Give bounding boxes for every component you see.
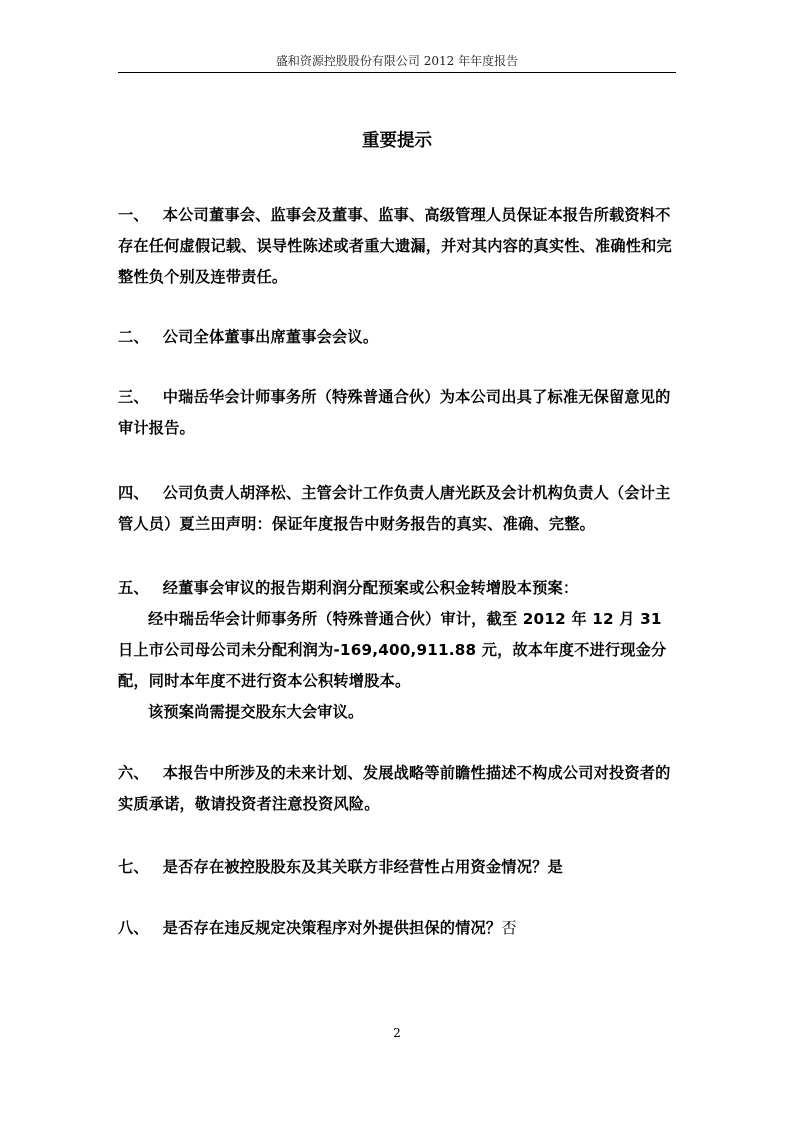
section-answer: 否 — [501, 919, 516, 937]
section-text: 公司负责人胡泽松、主管会计工作负责人唐光跃及会计机构负责人（会计主管人员）夏兰田… — [118, 484, 671, 533]
page-number: 2 — [370, 1026, 424, 1040]
section-text: 是否存在被控股股东及其关联方非经营性占用资金情况？ — [163, 858, 548, 876]
section-text: 本公司董事会、监事会及董事、监事、高级管理人员保证本报告所载资料不存在任何虚假记… — [118, 206, 672, 286]
section-7: 七、是否存在被控股股东及其关联方非经营性占用资金情况？是 — [118, 852, 678, 883]
section-number: 五、 — [118, 573, 149, 604]
section-number: 一、 — [118, 200, 149, 231]
section-text: 是否存在违反规定决策程序对外提供担保的情况？ — [163, 919, 502, 937]
section-number: 六、 — [118, 758, 149, 789]
section-answer: 是 — [547, 858, 562, 876]
section-number: 二、 — [118, 322, 149, 353]
section-5-detail: 经中瑞岳华会计师事务所（特殊普通合伙）审计，截至 2012 年 12 月 31 … — [118, 604, 678, 697]
header-rule — [118, 72, 676, 73]
section-text: 经董事会审议的报告期利润分配预案或公积金转增股本预案： — [163, 579, 578, 597]
section-3: 三、中瑞岳华会计师事务所（特殊普通合伙）为本公司出具了标准无保留意见的审计报告。 — [118, 382, 678, 444]
section-8: 八、是否存在违反规定决策程序对外提供担保的情况？否 — [118, 913, 678, 944]
section-number: 四、 — [118, 478, 149, 509]
section-5-note: 该预案尚需提交股东大会审议。 — [118, 697, 678, 728]
section-1: 一、本公司董事会、监事会及董事、监事、高级管理人员保证本报告所载资料不存在任何虚… — [118, 200, 678, 293]
section-text: 本报告中所涉及的未来计划、发展战略等前瞻性描述不构成公司对投资者的实质承诺，敬请… — [118, 764, 671, 813]
section-number: 八、 — [118, 913, 149, 944]
section-6: 六、本报告中所涉及的未来计划、发展战略等前瞻性描述不构成公司对投资者的实质承诺，… — [118, 758, 678, 820]
section-text: 中瑞岳华会计师事务所（特殊普通合伙）为本公司出具了标准无保留意见的审计报告。 — [118, 388, 671, 437]
section-2: 二、公司全体董事出席董事会会议。 — [118, 322, 678, 353]
section-number: 三、 — [118, 382, 149, 413]
section-5: 五、经董事会审议的报告期利润分配预案或公积金转增股本预案： 经中瑞岳华会计师事务… — [118, 573, 678, 728]
section-number: 七、 — [118, 852, 149, 883]
section-text: 公司全体董事出席董事会会议。 — [163, 328, 378, 346]
running-header: 盛和资源控股股份有限公司 2012 年年度报告 — [118, 52, 676, 69]
page-title: 重要提示 — [118, 127, 676, 152]
section-4: 四、公司负责人胡泽松、主管会计工作负责人唐光跃及会计机构负责人（会计主管人员）夏… — [118, 478, 678, 540]
